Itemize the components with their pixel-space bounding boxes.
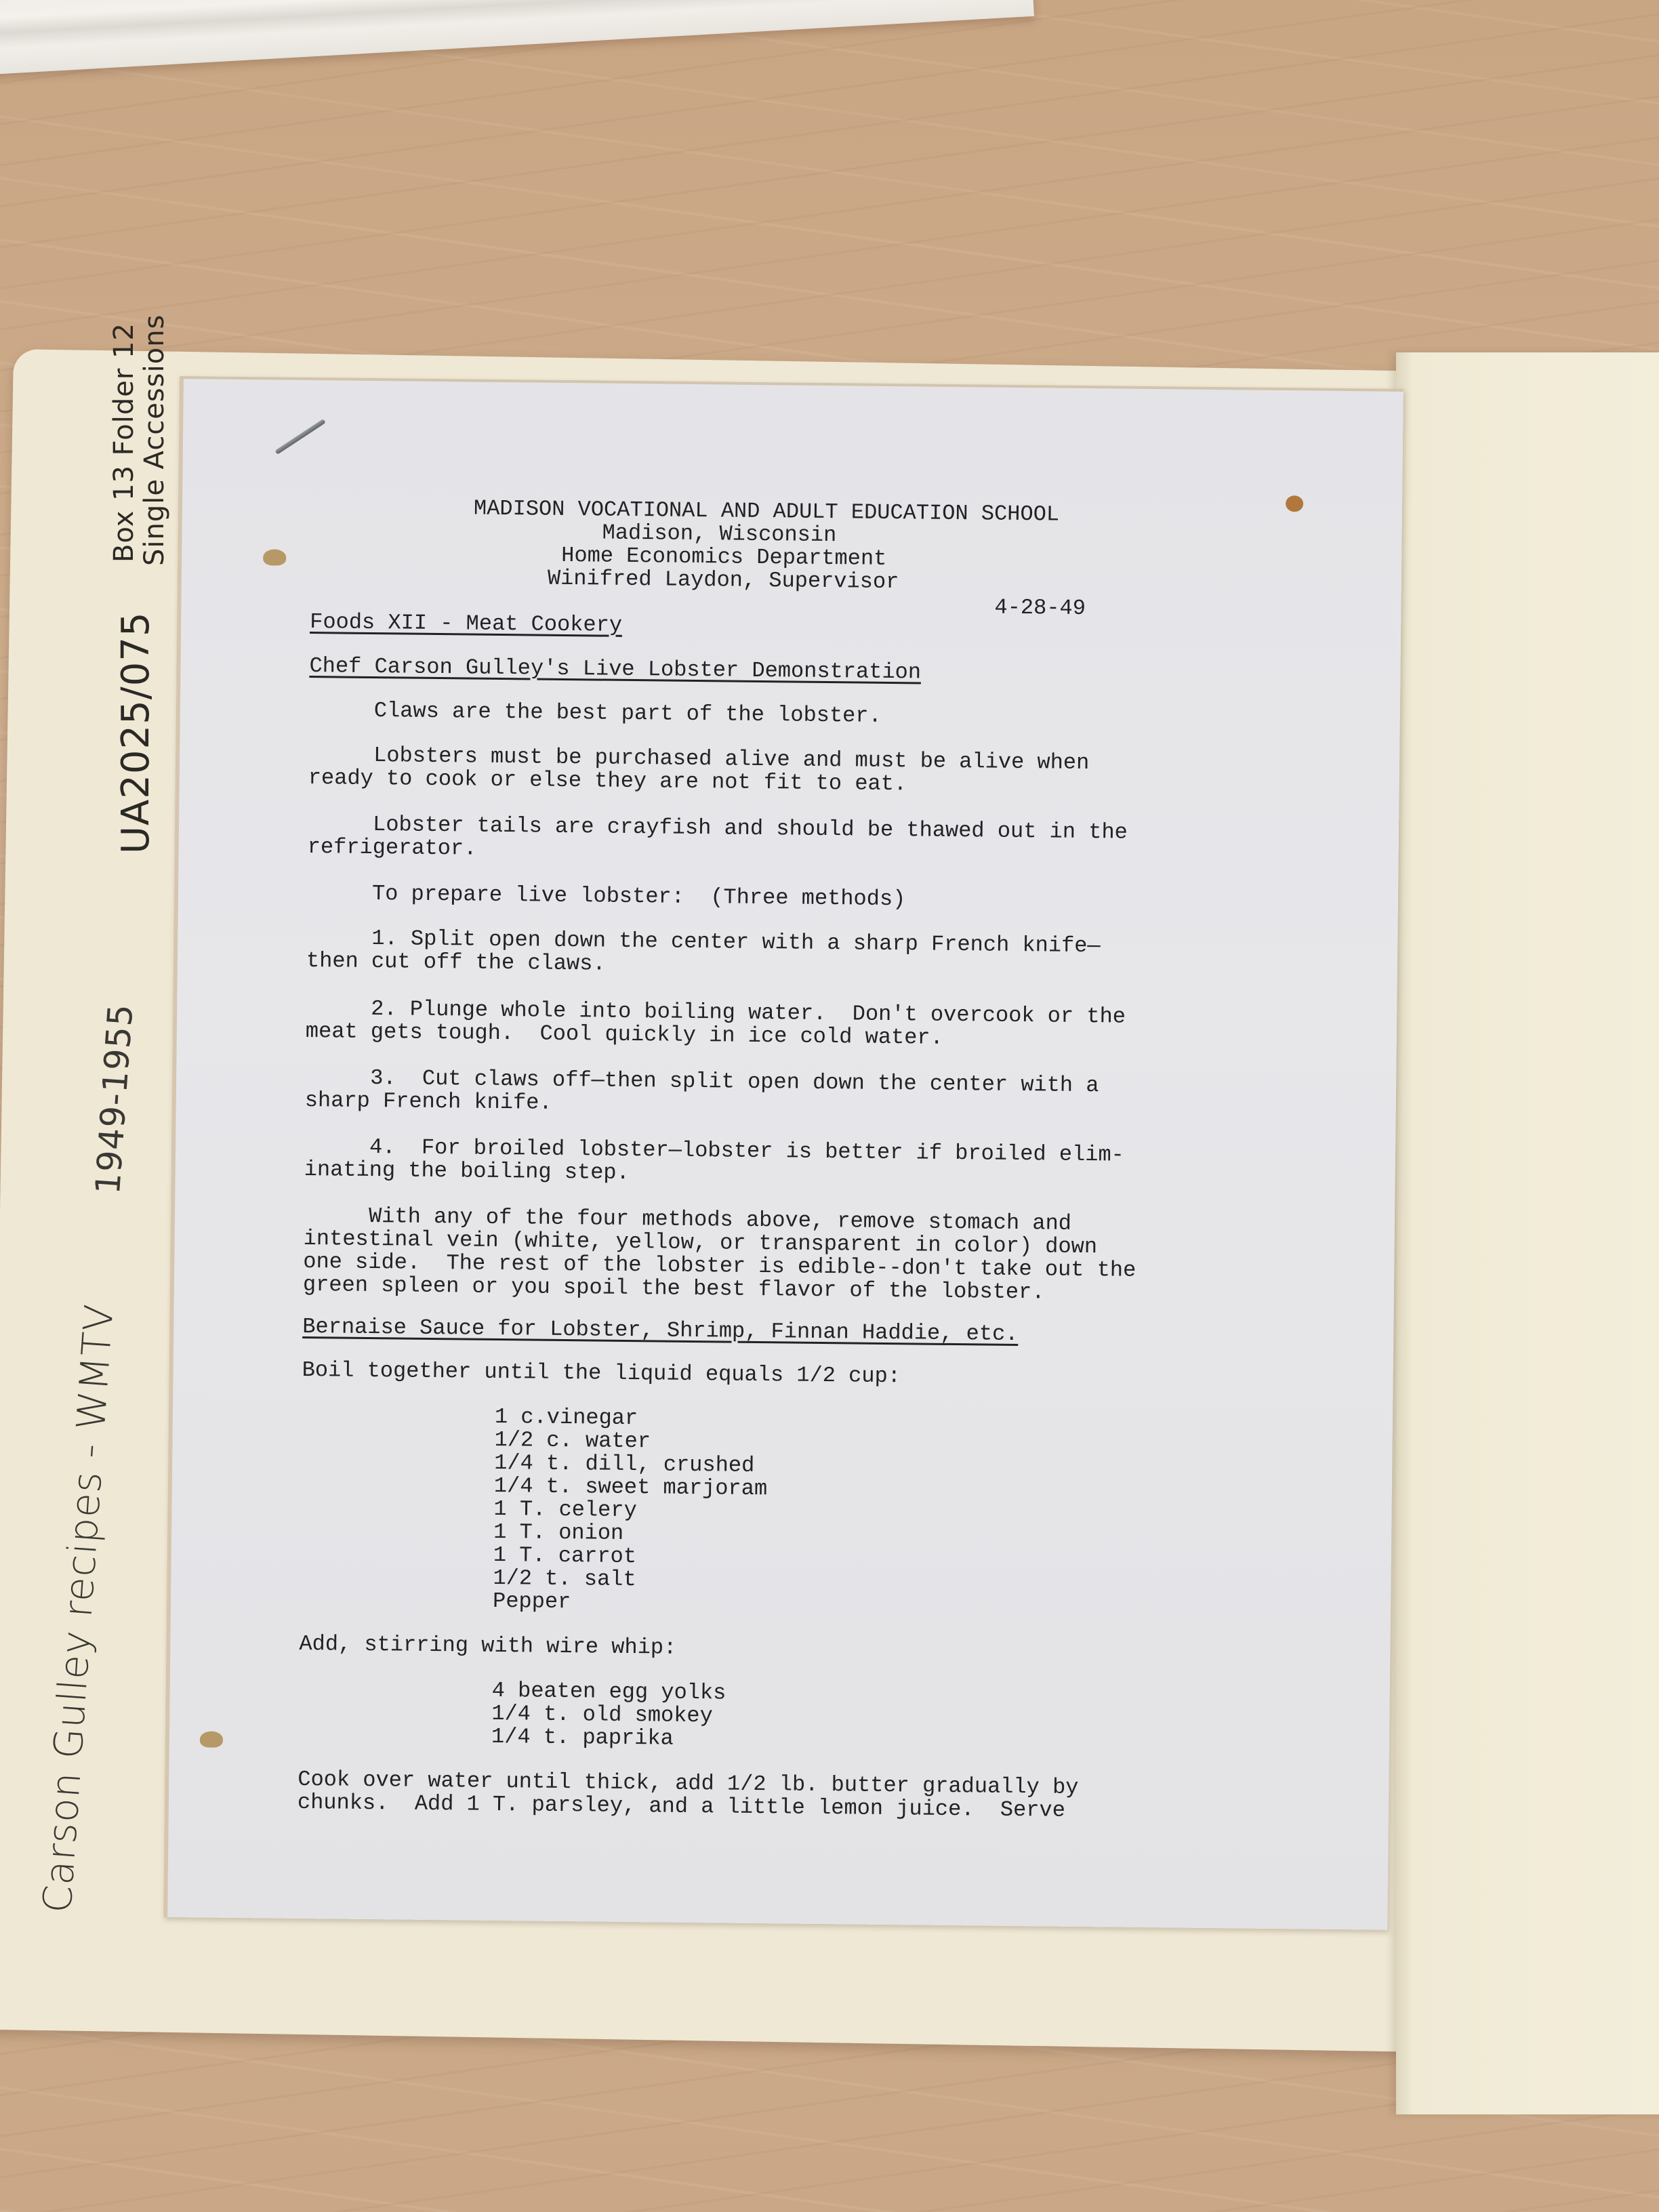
- folder-box-label: Box 13 Folder 12: [108, 323, 140, 562]
- ingredient-item: Pepper: [493, 1590, 766, 1616]
- method-item: 4. For broiled lobster—lobster is better…: [304, 1135, 1124, 1190]
- ingredient-item: 1/4 t. paprika: [491, 1725, 726, 1751]
- ingredient-list-whip: 4 beaten egg yolks1/4 t. old smokey1/4 t…: [491, 1679, 726, 1751]
- ingredient-list-boil: 1 c.vinegar1/2 c. water1/4 t. dill, crus…: [493, 1406, 768, 1616]
- paragraph: Lobsters must be purchased alive and mus…: [308, 743, 1090, 798]
- typed-document-page: MADISON VOCATIONAL AND ADULT EDUCATION S…: [163, 376, 1404, 1930]
- stain-mark: [1286, 495, 1303, 512]
- paragraph: Lobster tails are crayfish and should be…: [308, 813, 1128, 867]
- sauce-step: Boil together until the liquid equals 1/…: [302, 1359, 901, 1388]
- stacked-paper-top-left: [0, 0, 1034, 75]
- folder-accession-type: Single Accessions: [139, 314, 170, 566]
- demonstration-title: Chef Carson Gulley's Live Lobster Demons…: [309, 655, 921, 684]
- sauce-step: Cook over water until thick, add 1/2 lb.…: [298, 1768, 1079, 1822]
- sauce-step: Add, stirring with wire whip:: [299, 1633, 676, 1660]
- method-item: 2. Plunge whole into boiling water. Don'…: [306, 997, 1126, 1052]
- sauce-title: Bernaise Sauce for Lobster, Shrimp, Finn…: [302, 1315, 1018, 1346]
- method-item: 3. Cut claws off—then split open down th…: [305, 1066, 1099, 1120]
- method-item: 1. Split open down the center with a sha…: [306, 926, 1101, 981]
- staple-icon: [274, 419, 326, 455]
- punch-hole-icon: [263, 549, 286, 565]
- punch-hole-icon: [200, 1731, 223, 1747]
- document-date: 4-28-49: [994, 596, 1086, 620]
- folder-accession-number: UA2025/075: [114, 611, 158, 854]
- paragraph: To prepare live lobster: (Three methods): [307, 882, 906, 911]
- course-title: Foods XII - Meat Cookery: [310, 611, 622, 637]
- supervisor: Winifred Laydon, Supervisor: [548, 567, 899, 594]
- paragraph: Claws are the best part of the lobster.: [309, 699, 882, 728]
- folder-right-panel: [1396, 352, 1659, 2114]
- cleaning-note: With any of the four methods above, remo…: [303, 1204, 1136, 1305]
